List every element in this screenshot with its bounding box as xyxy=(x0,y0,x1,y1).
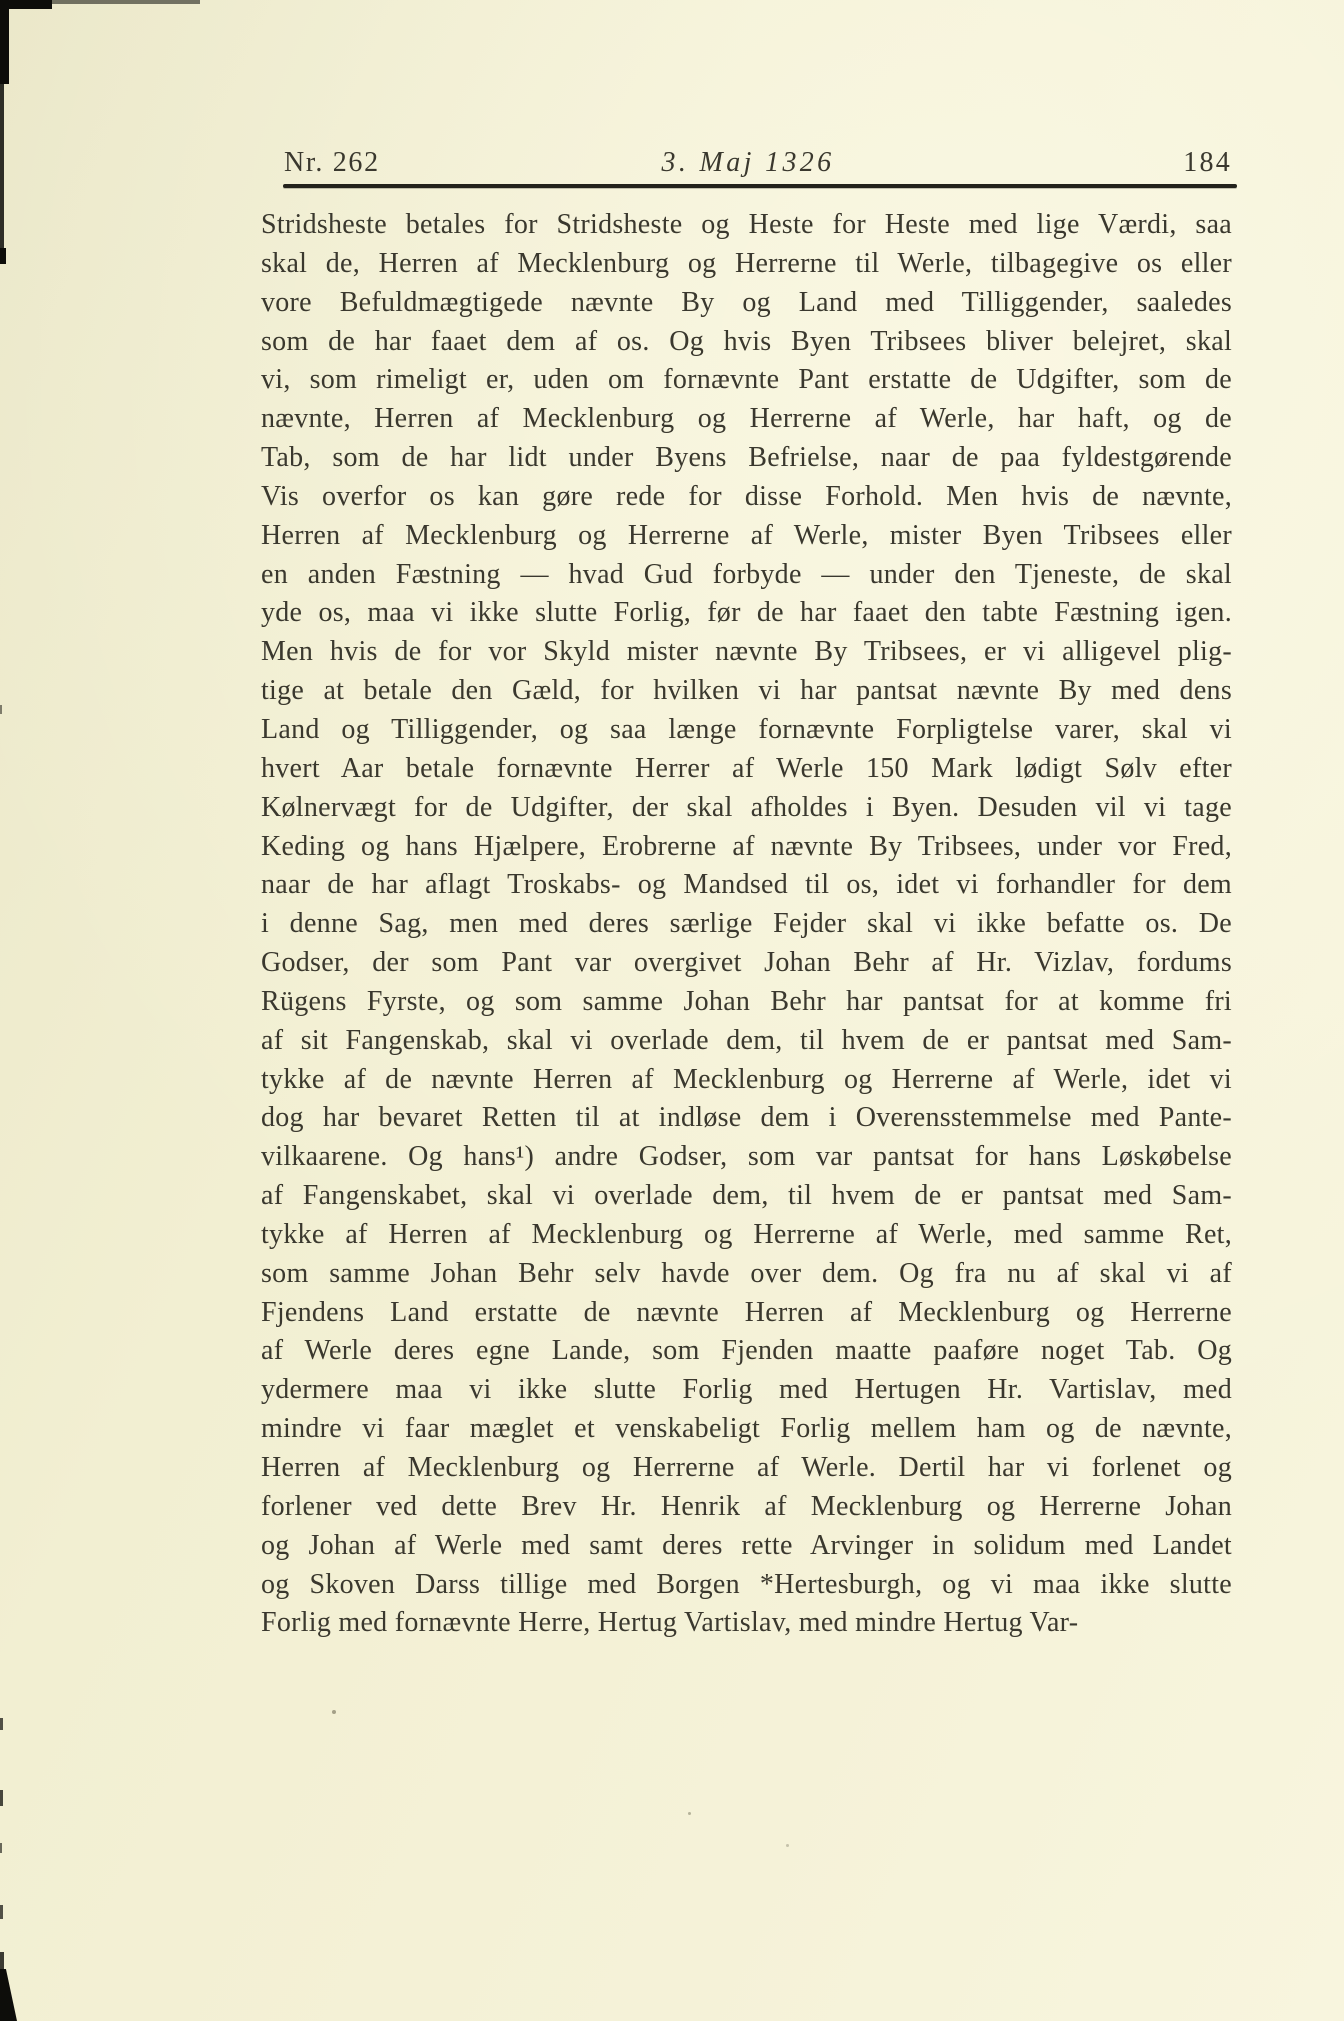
text-line: tige at betale den Gæld, for hvilken vi … xyxy=(261,672,1232,711)
text-line: af sit Fangenskab, skal vi overlade dem,… xyxy=(261,1022,1232,1061)
scan-edge-artifact xyxy=(0,0,9,84)
dust-speck xyxy=(688,1812,691,1815)
text-line: tykke af de nævnte Herren af Mecklenburg… xyxy=(261,1061,1232,1100)
header-rule xyxy=(283,184,1237,188)
text-line: vi, som rimeligt er, uden om fornævnte P… xyxy=(261,361,1232,400)
text-line: Vis overfor os kan gøre rede for disse F… xyxy=(261,478,1232,517)
scan-edge-artifact xyxy=(0,1905,3,1919)
scan-edge-artifact xyxy=(0,1718,3,1730)
text-line: Men hvis de for vor Skyld mister nævnte … xyxy=(261,633,1232,672)
scan-edge-artifact xyxy=(0,0,52,9)
text-line: mindre vi faar mæglet et venskabeligt Fo… xyxy=(261,1410,1232,1449)
text-line: Stridsheste betales for Stridsheste og H… xyxy=(261,206,1232,245)
text-line: Rügens Fyrste, og som samme Johan Behr h… xyxy=(261,983,1232,1022)
text-line: vilkaarene. Og hans¹) andre Godser, som … xyxy=(261,1138,1232,1177)
scan-edge-artifact xyxy=(0,1790,3,1806)
text-line: naar de har aflagt Troskabs- og Mandsed … xyxy=(261,866,1232,905)
text-line: af Fangenskabet, skal vi overlade dem, t… xyxy=(261,1177,1232,1216)
text-line: nævnte, Herren af Mecklenburg og Herrern… xyxy=(261,400,1232,439)
scan-edge-artifact xyxy=(0,84,4,249)
text-line: Keding og hans Hjælpere, Erobrerne af næ… xyxy=(261,828,1232,867)
scan-edge-artifact xyxy=(0,1843,2,1853)
text-line: hvert Aar betale fornævnte Herrer af Wer… xyxy=(261,750,1232,789)
scan-edge-artifact xyxy=(0,248,6,264)
dust-speck xyxy=(786,1844,789,1847)
text-line: Herren af Mecklenburg og Herrerne af Wer… xyxy=(261,1449,1232,1488)
page-number: 184 xyxy=(1183,146,1232,182)
text-line: i denne Sag, men med deres særlige Fejde… xyxy=(261,905,1232,944)
text-line: en anden Fæstning — hvad Gud forbyde — u… xyxy=(261,556,1232,595)
page-header-date: 3. Maj 1326 xyxy=(661,146,834,182)
text-line: yde os, maa vi ikke slutte Forlig, før d… xyxy=(261,594,1232,633)
text-line: tykke af Herren af Mecklenburg og Herrer… xyxy=(261,1216,1232,1255)
scan-edge-artifact xyxy=(0,1969,17,2021)
body-text: Stridsheste betales for Stridsheste og H… xyxy=(261,206,1232,1643)
text-line: Land og Tilliggender, og saa længe fornæ… xyxy=(261,711,1232,750)
text-line: og Skoven Darss tillige med Borgen *Hert… xyxy=(261,1566,1232,1605)
text-line: og Johan af Werle med samt deres rette A… xyxy=(261,1527,1232,1566)
text-line: forlener ved dette Brev Hr. Henrik af Me… xyxy=(261,1488,1232,1527)
scan-edge-artifact xyxy=(0,705,2,714)
text-line: Fjendens Land erstatte de nævnte Herren … xyxy=(261,1294,1232,1333)
text-line: dog har bevaret Retten til at indløse de… xyxy=(261,1099,1232,1138)
scanned-page: Nr. 262 3. Maj 1326 184 Stridsheste beta… xyxy=(0,0,1344,2021)
text-line: Herren af Mecklenburg og Herrerne af Wer… xyxy=(261,517,1232,556)
document-number: Nr. 262 xyxy=(284,146,380,182)
text-line: skal de, Herren af Mecklenburg og Herrer… xyxy=(261,245,1232,284)
dust-speck xyxy=(332,1710,336,1714)
text-line: af Werle deres egne Lande, som Fjenden m… xyxy=(261,1332,1232,1371)
text-line: Godser, der som Pant var overgivet Johan… xyxy=(261,944,1232,983)
text-line: vore Befuldmægtigede nævnte By og Land m… xyxy=(261,284,1232,323)
text-line: som de har faaet dem af os. Og hvis Byen… xyxy=(261,323,1232,362)
text-line: som samme Johan Behr selv havde over dem… xyxy=(261,1255,1232,1294)
text-line: ydermere maa vi ikke slutte Forlig med H… xyxy=(261,1371,1232,1410)
text-line: Forlig med fornævnte Herre, Hertug Varti… xyxy=(261,1604,1232,1643)
text-line: Tab, som de har lidt under Byens Befriel… xyxy=(261,439,1232,478)
text-line: Kølnervægt for de Udgifter, der skal afh… xyxy=(261,789,1232,828)
scan-edge-artifact xyxy=(50,0,200,4)
